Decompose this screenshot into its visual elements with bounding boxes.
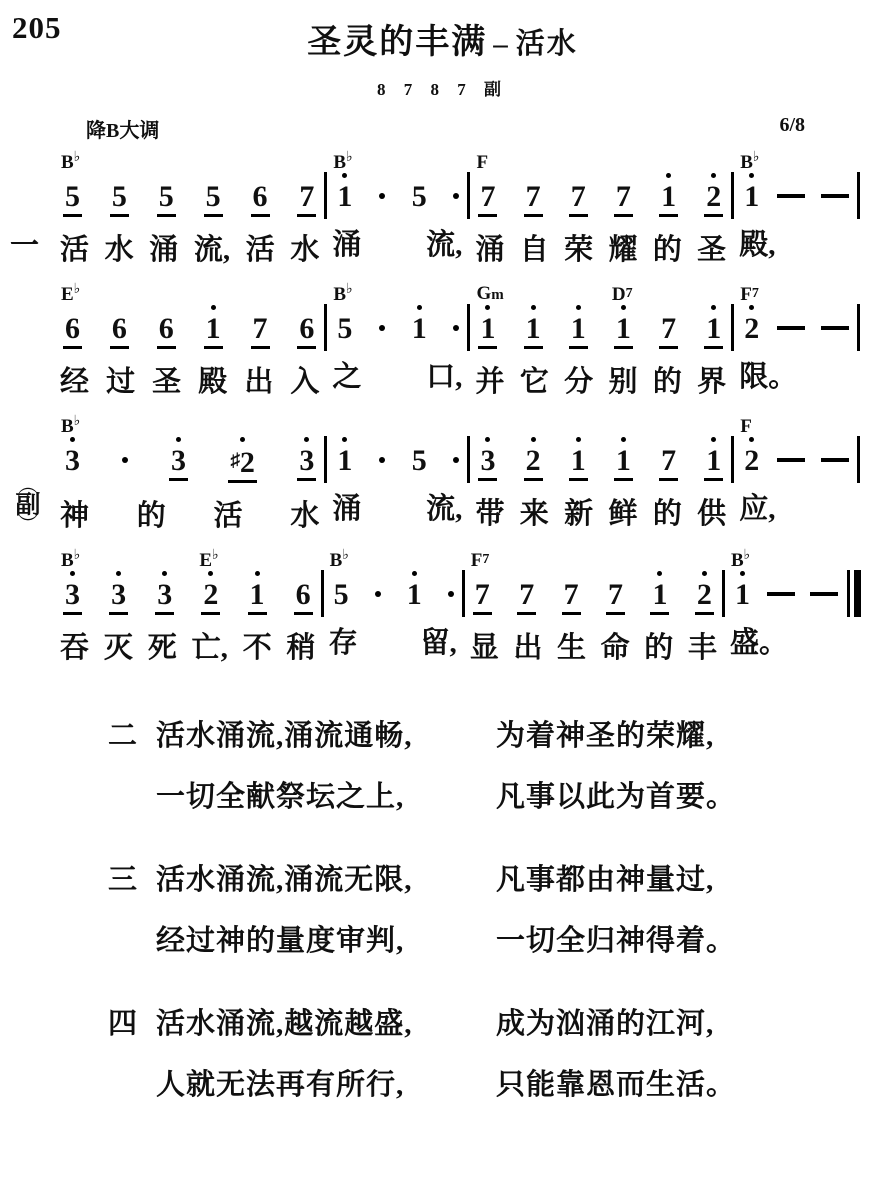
verse-number: 四 xyxy=(108,1006,156,1043)
verse-text-left: 活水涌流,越流越盛, xyxy=(156,1006,496,1043)
verse-text-right: 一切全归神得着。 xyxy=(496,923,855,960)
octave-dot xyxy=(749,173,754,178)
lyric-syllable: 之 xyxy=(332,359,361,395)
octave-dot xyxy=(116,571,121,576)
barline xyxy=(324,304,327,351)
note-digit: 1 xyxy=(204,304,223,349)
verse-number-mark: 一 xyxy=(10,223,56,264)
measure: B♭33♯23神的活水 xyxy=(56,436,323,534)
digit: 7 xyxy=(473,579,492,615)
octave-dot xyxy=(342,173,347,178)
chord-root: B xyxy=(330,550,343,571)
time-signature: 6/8 xyxy=(779,114,805,143)
digit: 1 xyxy=(614,445,633,481)
verse-block: 三活水涌流,涌流无限,凡事都由神量过,经过神的量度审判,一切全归神得着。 xyxy=(108,862,855,960)
digit: 6 xyxy=(63,313,82,349)
octave-dot xyxy=(740,571,745,576)
barline xyxy=(324,436,327,483)
augmentation-dot xyxy=(375,591,381,597)
hymn-title: 圣灵的丰满–活水 xyxy=(0,14,885,63)
digit: 7 xyxy=(478,181,497,217)
lyric-row: 应, xyxy=(735,491,856,527)
digit: 7 xyxy=(297,181,316,217)
digit: 6 xyxy=(157,313,176,349)
digit: 6 xyxy=(294,579,313,615)
lyric-syllable: 耀 xyxy=(608,232,637,268)
page-number: 205 xyxy=(12,10,62,46)
chord-root: B xyxy=(61,416,74,437)
augmentation-dot xyxy=(379,193,385,199)
music-system: E♭666176经过圣殿出入B♭51之口,Gm111D7171并它分别的界F72… xyxy=(10,277,861,400)
dash-extension xyxy=(777,458,805,462)
note-digit: 7 xyxy=(659,436,678,481)
note-digit: 1 xyxy=(405,570,424,610)
key-signature: 降B大调 xyxy=(86,114,159,143)
verse-number: 二 xyxy=(108,718,156,755)
digit: 7 xyxy=(562,579,581,615)
measure: Gm111D7171并它分别的界 xyxy=(471,304,730,400)
verse-line: 二活水涌流,涌流通畅,为着神圣的荣耀, xyxy=(108,718,855,755)
digit: 7 xyxy=(614,181,633,217)
note-digit: 7 xyxy=(251,304,270,349)
measure-row: B♭555567活水涌流,活水B♭15涌流,F777712涌自荣耀的圣B♭1殿, xyxy=(56,172,861,268)
note-digit: B♭1 xyxy=(742,172,761,212)
note-digit: 7 xyxy=(517,570,536,615)
chord-root: B xyxy=(731,550,744,571)
note-digit: 6 xyxy=(251,172,270,217)
lyric-syllable: 显 xyxy=(470,630,499,666)
note-digit: 5 xyxy=(204,172,223,217)
note-digit: 1 xyxy=(248,570,267,615)
chord-symbol: Gm xyxy=(476,284,503,305)
flat-sign: ♭ xyxy=(346,150,353,165)
measure: B♭333E♭216吞灭死亡,不稍 xyxy=(56,570,320,666)
digit: 3 xyxy=(297,445,316,481)
flat-sign: ♭ xyxy=(74,414,81,429)
lyric-syllable: 涌 xyxy=(332,491,361,527)
lyric-syllable: 的 xyxy=(644,630,673,666)
lyric-syllable: 命 xyxy=(601,630,630,666)
lyric-row: 之口, xyxy=(328,359,466,395)
digit: 5 xyxy=(63,181,82,217)
octave-dot xyxy=(711,305,716,310)
note-digit: 1 xyxy=(704,304,723,349)
measure: B♭1盛。 xyxy=(726,570,845,661)
note-digit: 5 xyxy=(410,172,429,212)
chord-root: F xyxy=(740,284,752,305)
lyric-row: 吞灭死亡,不稍 xyxy=(56,630,320,666)
key-time-row: 降B大调 6/8 xyxy=(86,114,805,143)
chord-seventh: 7 xyxy=(482,552,489,567)
digit: 1 xyxy=(614,313,633,349)
lyric-row: 神的活水 xyxy=(56,498,323,534)
lyric-row: 限。 xyxy=(735,359,856,395)
octave-dot xyxy=(702,571,707,576)
note-digit: B♭3 xyxy=(63,436,82,476)
note-digit: 1 xyxy=(704,436,723,481)
note-digit: ♯2 xyxy=(228,436,257,483)
measure: F7777712显出生命的丰 xyxy=(466,570,721,666)
note-digit: 7 xyxy=(524,172,543,217)
lyric-syllable: 过 xyxy=(106,364,135,400)
barline xyxy=(857,436,860,483)
sharp-sign: ♯ xyxy=(230,450,240,471)
notes-row: Gm111D7171 xyxy=(471,304,730,349)
lyric-syllable: 涌 xyxy=(149,232,178,268)
augmentation-dot xyxy=(453,193,459,199)
system-gutter xyxy=(10,304,56,400)
chord-symbol: B♭ xyxy=(330,546,349,571)
lyric-syllable: 吞 xyxy=(60,630,89,666)
digit: 7 xyxy=(569,181,588,217)
lyric-syllable: 的 xyxy=(653,496,682,532)
verse-number xyxy=(108,1067,156,1104)
lyric-row: 活水涌流,活水 xyxy=(56,232,323,268)
lyric-syllable: 活 xyxy=(214,498,243,534)
augmentation-dot xyxy=(122,457,128,463)
chord-symbol: F7 xyxy=(471,550,490,571)
chorus-mark: ︵副︶ xyxy=(10,482,46,530)
chord-root: B xyxy=(333,152,346,173)
meter-pattern: 8 7 8 7 副 xyxy=(0,75,885,100)
lyric-syllable: 稍 xyxy=(287,630,316,666)
barline xyxy=(321,570,324,617)
title-main: 圣灵的丰满 xyxy=(307,24,487,61)
octave-dot xyxy=(531,305,536,310)
lyric-row: 涌自荣耀的圣 xyxy=(471,232,730,268)
digit: 3 xyxy=(155,579,174,615)
flat-sign: ♭ xyxy=(342,548,349,563)
barline xyxy=(857,304,860,351)
lyric-syllable: 界 xyxy=(697,364,726,400)
music-system: B♭333E♭216吞灭死亡,不稍B♭51存留,F7777712显出生命的丰B♭… xyxy=(10,543,861,666)
music-notation: 一B♭555567活水涌流,活水B♭15涌流,F777712涌自荣耀的圣B♭1殿… xyxy=(10,145,861,666)
lyric-syllable: 活 xyxy=(60,232,89,268)
hymn-page: 205 圣灵的丰满–活水 8 7 8 7 副 降B大调 6/8 一B♭55556… xyxy=(0,0,885,1195)
digit: 6 xyxy=(251,181,270,217)
note-digit: 7 xyxy=(569,172,588,217)
flat-sign: ♭ xyxy=(74,150,81,165)
notes-row: F2 xyxy=(735,436,856,476)
digit: 1 xyxy=(335,445,354,476)
digit: 2 xyxy=(742,313,761,344)
note-digit: F77 xyxy=(473,570,492,615)
digit: 5 xyxy=(110,181,129,217)
lyric-syllable: 流, xyxy=(194,232,230,268)
title-subtitle: 活水 xyxy=(516,28,578,60)
note-digit: 2 xyxy=(695,570,714,615)
note-digit: 3 xyxy=(109,570,128,615)
lyric-syllable: 自 xyxy=(520,232,549,268)
octave-dot xyxy=(211,305,216,310)
flat-sign: ♭ xyxy=(212,548,219,563)
lyric-syllable: 殿, xyxy=(739,227,775,263)
octave-dot xyxy=(417,305,422,310)
chord-seventh: 7 xyxy=(752,286,759,301)
flat-sign: ♭ xyxy=(346,282,353,297)
note-digit: 1 xyxy=(569,304,588,349)
digit: 1 xyxy=(569,445,588,481)
note-digit: 1 xyxy=(569,436,588,481)
lyric-syllable: 生 xyxy=(557,630,586,666)
note-digit: B♭3 xyxy=(63,570,82,615)
chord-symbol: B♭ xyxy=(61,148,80,173)
lyric-syllable: 水 xyxy=(290,232,319,268)
digit: 1 xyxy=(410,313,429,344)
chord-symbol: E♭ xyxy=(61,280,80,305)
verse-line: 一切全献祭坛之上,凡事以此为首要。 xyxy=(108,779,855,816)
measure: 15涌流, xyxy=(328,436,466,527)
note-digit: 1 xyxy=(410,304,429,344)
note-digit: 1 xyxy=(650,570,669,615)
barline xyxy=(731,304,734,351)
note-digit: B♭5 xyxy=(63,172,82,217)
digit: 6 xyxy=(110,313,129,349)
verse-text-right: 成为汹涌的江河, xyxy=(496,1006,855,1043)
system-gutter: 一 xyxy=(10,172,56,268)
staff: B♭333E♭216吞灭死亡,不稍B♭51存留,F7777712显出生命的丰B♭… xyxy=(56,570,861,666)
octave-dot-slot xyxy=(228,436,257,445)
octave-dot xyxy=(576,305,581,310)
lyric-syllable: 口, xyxy=(426,359,462,395)
notes-row: 15 xyxy=(328,436,466,476)
verse-text-left: 经过神的量度审判, xyxy=(156,923,496,960)
barline xyxy=(731,172,734,219)
note-digit: B♭5 xyxy=(335,304,354,344)
digit: 2 xyxy=(704,181,723,217)
lyric-row: 经过圣殿出入 xyxy=(56,364,323,400)
flat-sign: ♭ xyxy=(753,150,760,165)
bracket-top-icon: ︵ xyxy=(18,482,38,491)
note-digit: 3 xyxy=(297,436,316,481)
notes-row: B♭1 xyxy=(735,172,856,212)
digit: 3 xyxy=(109,579,128,615)
lyric-syllable: 亡, xyxy=(192,630,228,666)
octave-dot xyxy=(412,571,417,576)
lyric-row: 显出生命的丰 xyxy=(466,630,721,666)
staff: B♭33♯23神的活水15涌流,321171带来新鲜的供F2应, xyxy=(56,436,861,534)
chord-root: B xyxy=(61,550,74,571)
note-digit: 2 xyxy=(524,436,543,481)
barline xyxy=(731,436,734,483)
lyric-syllable: 流, xyxy=(426,227,462,263)
chord-seventh: 7 xyxy=(626,286,633,301)
chord-root: F xyxy=(476,152,488,173)
note-digit: 7 xyxy=(606,570,625,615)
chord-root: E xyxy=(61,284,74,305)
lyric-syllable: 灭 xyxy=(104,630,133,666)
chord-symbol: B♭ xyxy=(333,280,352,305)
note-digit: 3 xyxy=(169,436,188,481)
chord-root: G xyxy=(476,283,491,304)
lyric-syllable: 存 xyxy=(329,625,358,661)
lyric-syllable: 涌 xyxy=(332,227,361,263)
measure: F72限。 xyxy=(735,304,856,395)
octave-dot xyxy=(208,571,213,576)
octave-dot xyxy=(657,571,662,576)
chord-symbol: B♭ xyxy=(731,546,750,571)
digit: 1 xyxy=(659,181,678,217)
final-bar-thick xyxy=(854,570,861,617)
digit: 1 xyxy=(704,313,723,349)
lyric-row: 盛。 xyxy=(726,625,845,661)
title-dash: – xyxy=(487,28,516,60)
note-digit: 6 xyxy=(110,304,129,349)
verse-text-right: 为着神圣的荣耀, xyxy=(496,718,855,755)
lyric-syllable: 涌 xyxy=(475,232,504,268)
notes-row: B♭51 xyxy=(328,304,466,344)
digit: 1 xyxy=(742,181,761,212)
augmentation-dot xyxy=(379,457,385,463)
measure: B♭555567活水涌流,活水 xyxy=(56,172,323,268)
dash-extension xyxy=(821,194,849,198)
chord-minor: m xyxy=(491,287,504,303)
digit: 7 xyxy=(659,313,678,349)
digit: 2 xyxy=(201,579,220,615)
octave-dot xyxy=(621,437,626,442)
digit: 1 xyxy=(733,579,752,610)
digit: 5 xyxy=(332,579,351,610)
note-digit: D71 xyxy=(614,304,633,349)
lyric-syllable: 神 xyxy=(60,498,89,534)
lyric-syllable: 圣 xyxy=(697,232,726,268)
chord-symbol: E♭ xyxy=(199,546,218,571)
digit: 6 xyxy=(297,313,316,349)
digit: 3 xyxy=(63,445,82,476)
notes-row: B♭15 xyxy=(328,172,466,212)
lyric-syllable: 经 xyxy=(60,364,89,400)
lyric-row: 殿, xyxy=(735,227,856,263)
digit: 1 xyxy=(405,579,424,610)
octave-dot xyxy=(485,437,490,442)
digit: ♯2 xyxy=(228,445,257,483)
chord-root: F xyxy=(740,416,752,437)
verse-number: 三 xyxy=(108,862,156,899)
digit: 1 xyxy=(524,313,543,349)
lyric-syllable: 分 xyxy=(564,364,593,400)
digit: 7 xyxy=(251,313,270,349)
lyric-syllable: 出 xyxy=(244,364,273,400)
verse-text-right: 凡事都由神量过, xyxy=(496,862,855,899)
chord-symbol: B♭ xyxy=(61,412,80,437)
note-digit: 6 xyxy=(157,304,176,349)
dash-extension xyxy=(821,326,849,330)
notes-row: E♭666176 xyxy=(56,304,323,349)
flat-sign: ♭ xyxy=(744,548,751,563)
dash-extension xyxy=(767,592,795,596)
octave-dot xyxy=(749,305,754,310)
notes-row: 321171 xyxy=(471,436,730,481)
verse-number xyxy=(108,923,156,960)
barline xyxy=(462,570,465,617)
note-digit: 7 xyxy=(614,172,633,217)
verse-text-left: 人就无法再有所行, xyxy=(156,1067,496,1104)
barline xyxy=(467,436,470,483)
verse-block: 四活水涌流,越流越盛,成为汹涌的江河,人就无法再有所行,只能靠恩而生活。 xyxy=(108,1006,855,1104)
verse-line: 经过神的量度审判,一切全归神得着。 xyxy=(108,923,855,960)
note-digit: 1 xyxy=(659,172,678,217)
verse-block: 二活水涌流,涌流通畅,为着神圣的荣耀,一切全献祭坛之上,凡事以此为首要。 xyxy=(108,718,855,816)
note-digit: F72 xyxy=(742,304,761,344)
lyric-syllable: 水 xyxy=(105,232,134,268)
staff: B♭555567活水涌流,活水B♭15涌流,F777712涌自荣耀的圣B♭1殿, xyxy=(56,172,861,268)
octave-dot xyxy=(240,437,245,442)
digit: 7 xyxy=(517,579,536,615)
digit: 2 xyxy=(742,445,761,476)
notes-row: B♭33♯23 xyxy=(56,436,323,483)
verse-number xyxy=(108,779,156,816)
lyric-syllable: 供 xyxy=(697,496,726,532)
chord-root: F xyxy=(471,550,483,571)
note-digit: B♭1 xyxy=(733,570,752,610)
notes-row: F7777712 xyxy=(466,570,721,615)
digit: 7 xyxy=(524,181,543,217)
final-barline xyxy=(847,570,861,617)
digit: 1 xyxy=(650,579,669,615)
octave-dot xyxy=(162,571,167,576)
digit: 7 xyxy=(606,579,625,615)
chord-symbol: F xyxy=(476,153,488,173)
lyric-syllable: 来 xyxy=(520,496,549,532)
note-digit: 1 xyxy=(524,304,543,349)
chord-root: B xyxy=(333,284,346,305)
measure: B♭1殿, xyxy=(735,172,856,263)
lyric-syllable: 鲜 xyxy=(608,496,637,532)
measure: B♭15涌流, xyxy=(328,172,466,263)
lyric-syllable: 死 xyxy=(148,630,177,666)
lyric-syllable: 应, xyxy=(739,491,775,527)
digit: 7 xyxy=(659,445,678,481)
lyric-syllable: 出 xyxy=(513,630,542,666)
lyric-syllable: 并 xyxy=(475,364,504,400)
lyric-syllable: 入 xyxy=(290,364,319,400)
lyric-row: 涌流, xyxy=(328,491,466,527)
barline xyxy=(857,172,860,219)
octave-dot xyxy=(342,437,347,442)
lyric-syllable: 不 xyxy=(243,630,272,666)
augmentation-dot xyxy=(453,325,459,331)
note-digit: 3 xyxy=(155,570,174,615)
dash-extension xyxy=(777,326,805,330)
bracket-bottom-icon: ︶ xyxy=(18,521,38,530)
note-digit: 7 xyxy=(659,304,678,349)
notes-row: B♭1 xyxy=(726,570,845,610)
barline xyxy=(467,304,470,351)
note-digit: E♭2 xyxy=(201,570,220,615)
verse-text-right: 凡事以此为首要。 xyxy=(496,779,855,816)
chord-symbol: F7 xyxy=(740,284,759,305)
digit: 1 xyxy=(569,313,588,349)
note-digit: 3 xyxy=(478,436,497,481)
digit: 1 xyxy=(704,445,723,481)
verse-text-left: 活水涌流,涌流无限, xyxy=(156,862,496,899)
digit: 1 xyxy=(204,313,223,349)
measure: E♭666176经过圣殿出入 xyxy=(56,304,323,400)
lyric-syllable: 带 xyxy=(475,496,504,532)
augmentation-dot xyxy=(379,325,385,331)
staff: E♭666176经过圣殿出入B♭51之口,Gm111D7171并它分别的界F72… xyxy=(56,304,861,400)
digit: 3 xyxy=(169,445,188,481)
measure: F2应, xyxy=(735,436,856,527)
lyric-syllable: 新 xyxy=(564,496,593,532)
verse-text-left: 一切全献祭坛之上, xyxy=(156,779,496,816)
digit: 5 xyxy=(335,313,354,344)
lyric-syllable: 盛。 xyxy=(730,625,788,661)
octave-dot xyxy=(485,305,490,310)
note-digit: 1 xyxy=(335,436,354,476)
dash-extension xyxy=(777,194,805,198)
measure-row: B♭33♯23神的活水15涌流,321171带来新鲜的供F2应, xyxy=(56,436,861,534)
